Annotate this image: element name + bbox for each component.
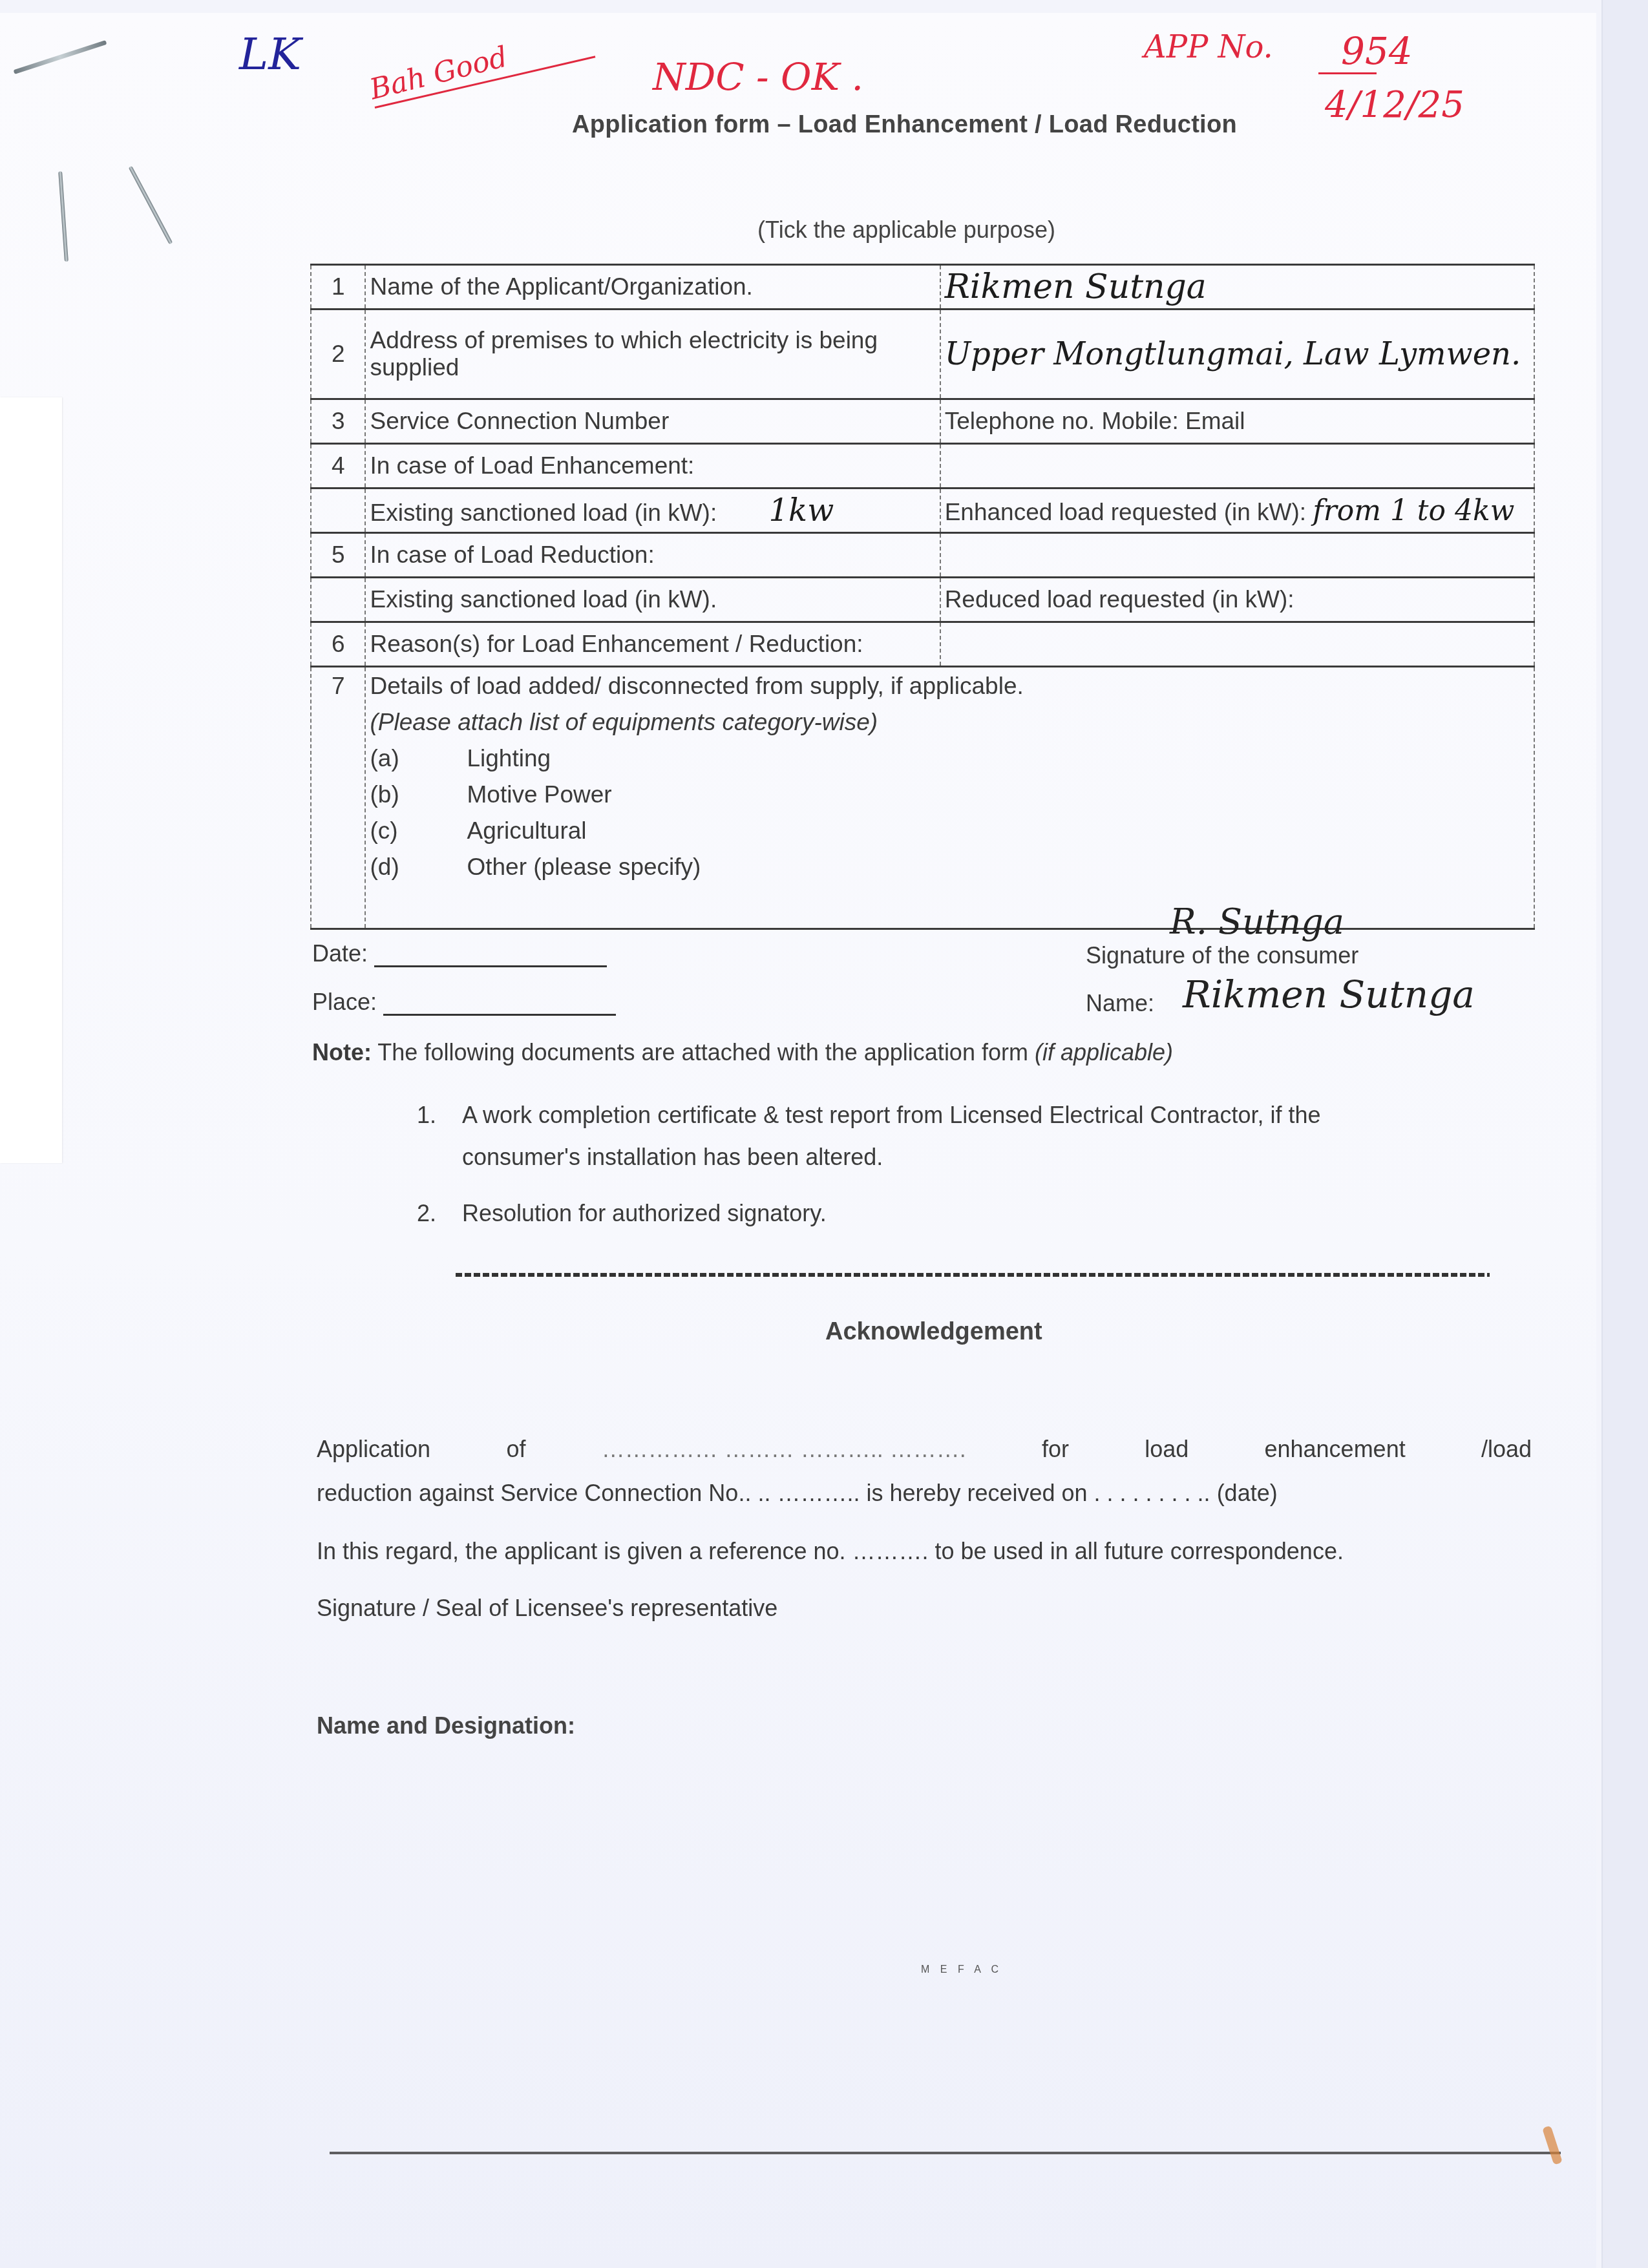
note: Note: The following documents are attach…: [312, 1039, 1173, 1066]
consumer-signature: R. Sutnga: [1170, 901, 1344, 942]
acknowledgement-title: Acknowledgement: [825, 1318, 1042, 1346]
row-number: 3: [311, 399, 365, 444]
ack-line-4: Signature / Seal of Licensee's represent…: [317, 1595, 777, 1622]
table-row: 4 In case of Load Enhancement:: [311, 444, 1534, 488]
row-label: Name of the Applicant/Organization.: [365, 265, 940, 310]
list-item: (c)Agricultural: [370, 817, 1530, 845]
enhanced-load-field[interactable]: from 1 to 4kw: [1313, 494, 1514, 527]
fraction-line: [1318, 72, 1377, 74]
row-number: 6: [311, 622, 365, 667]
signature-label: Signature of the consumer: [1086, 942, 1358, 969]
list-item: (b)Motive Power: [370, 781, 1530, 808]
row-label: Address of premises to which electricity…: [365, 310, 940, 399]
name-label: Name:: [1086, 990, 1154, 1017]
place-field[interactable]: [383, 1014, 616, 1016]
row-label: In case of Load Enhancement:: [365, 444, 940, 488]
application-table: 1 Name of the Applicant/Organization. Ri…: [310, 264, 1535, 930]
table-row: 1 Name of the Applicant/Organization. Ri…: [311, 265, 1534, 310]
applicant-name-field[interactable]: Rikmen Sutnga: [945, 268, 1207, 306]
seal-stamp: M E F A C: [921, 1964, 1002, 1976]
ack-line-1: Application of …………… ……… ……….. ………. for …: [317, 1436, 1532, 1463]
ack-line-3: In this regard, the applicant is given a…: [317, 1538, 1344, 1565]
applicant-blank[interactable]: …………… ……… ……….. ……….: [602, 1436, 966, 1463]
ack-line-2: reduction against Service Connection No.…: [317, 1480, 1278, 1507]
document-item: 2.Resolution for authorized signatory.: [417, 1200, 827, 1227]
existing-load-field[interactable]: 1kw: [769, 492, 834, 529]
date-field[interactable]: [374, 965, 607, 967]
name-designation-label: Name and Designation:: [317, 1712, 575, 1739]
table-row: 2 Address of premises to which electrici…: [311, 310, 1534, 399]
place-label: Place:: [312, 989, 377, 1015]
list-item: (d)Other (please specify): [370, 854, 1530, 881]
attached-paper-strip: [0, 397, 62, 1163]
document-item: 1.A work completion certificate & test r…: [417, 1102, 1321, 1129]
bottom-rule: [330, 2152, 1561, 2154]
row-number: 7: [311, 667, 365, 929]
table-row: 7 Details of load added/ disconnected fr…: [311, 667, 1534, 929]
tear-off-divider: [456, 1273, 1490, 1277]
address-field[interactable]: Upper Mongtlungmai, Law Lymwen.: [945, 336, 1521, 372]
row-number: 4: [311, 444, 365, 488]
table-row: Existing sanctioned load (in kW). Reduce…: [311, 578, 1534, 622]
contact-field[interactable]: Telephone no. Mobile: Email: [940, 399, 1534, 444]
initials-annotation: LK: [239, 29, 301, 80]
row-number: 1: [311, 265, 365, 310]
list-item: (a)Lighting: [370, 745, 1530, 772]
document-item-cont: consumer's installation has been altered…: [462, 1144, 883, 1171]
place-row: Place:: [312, 989, 616, 1016]
row-label: Details of load added/ disconnected from…: [370, 673, 1530, 700]
consumer-name-field[interactable]: Rikmen Sutnga: [1183, 972, 1475, 1016]
table-row: 5 In case of Load Reduction:: [311, 533, 1534, 578]
row-label: Reason(s) for Load Enhancement / Reducti…: [365, 622, 940, 667]
app-no-value: 954: [1341, 29, 1413, 73]
table-row: 6 Reason(s) for Load Enhancement / Reduc…: [311, 622, 1534, 667]
page-edge: [1601, 0, 1648, 2268]
table-row: 3 Service Connection Number Telephone no…: [311, 399, 1534, 444]
ndc-ok-note: NDC - OK .: [653, 55, 863, 99]
row-label: In case of Load Reduction:: [365, 533, 940, 578]
row-label: Service Connection Number: [365, 399, 940, 444]
reason-field[interactable]: [940, 622, 1534, 667]
table-row: Existing sanctioned load (in kW): 1kw En…: [311, 488, 1534, 533]
date-row: Date:: [312, 940, 607, 967]
row-number: 5: [311, 533, 365, 578]
row-sublabel: (Please attach list of equipments catego…: [370, 709, 1530, 736]
date-label: Date:: [312, 940, 368, 967]
app-date: 4/12/25: [1325, 84, 1464, 126]
row-label: Enhanced load requested (in kW):: [945, 499, 1306, 525]
form-subtitle: (Tick the applicable purpose): [757, 216, 1055, 244]
app-no-label: APP No.: [1144, 29, 1273, 65]
row-label: Existing sanctioned load (in kW).: [365, 578, 940, 622]
row-label: Existing sanctioned load (in kW):: [370, 499, 717, 526]
row-number: 2: [311, 310, 365, 399]
form-title: Application form – Load Enhancement / Lo…: [572, 111, 1237, 139]
reduced-load-field[interactable]: Reduced load requested (in kW):: [940, 578, 1534, 622]
